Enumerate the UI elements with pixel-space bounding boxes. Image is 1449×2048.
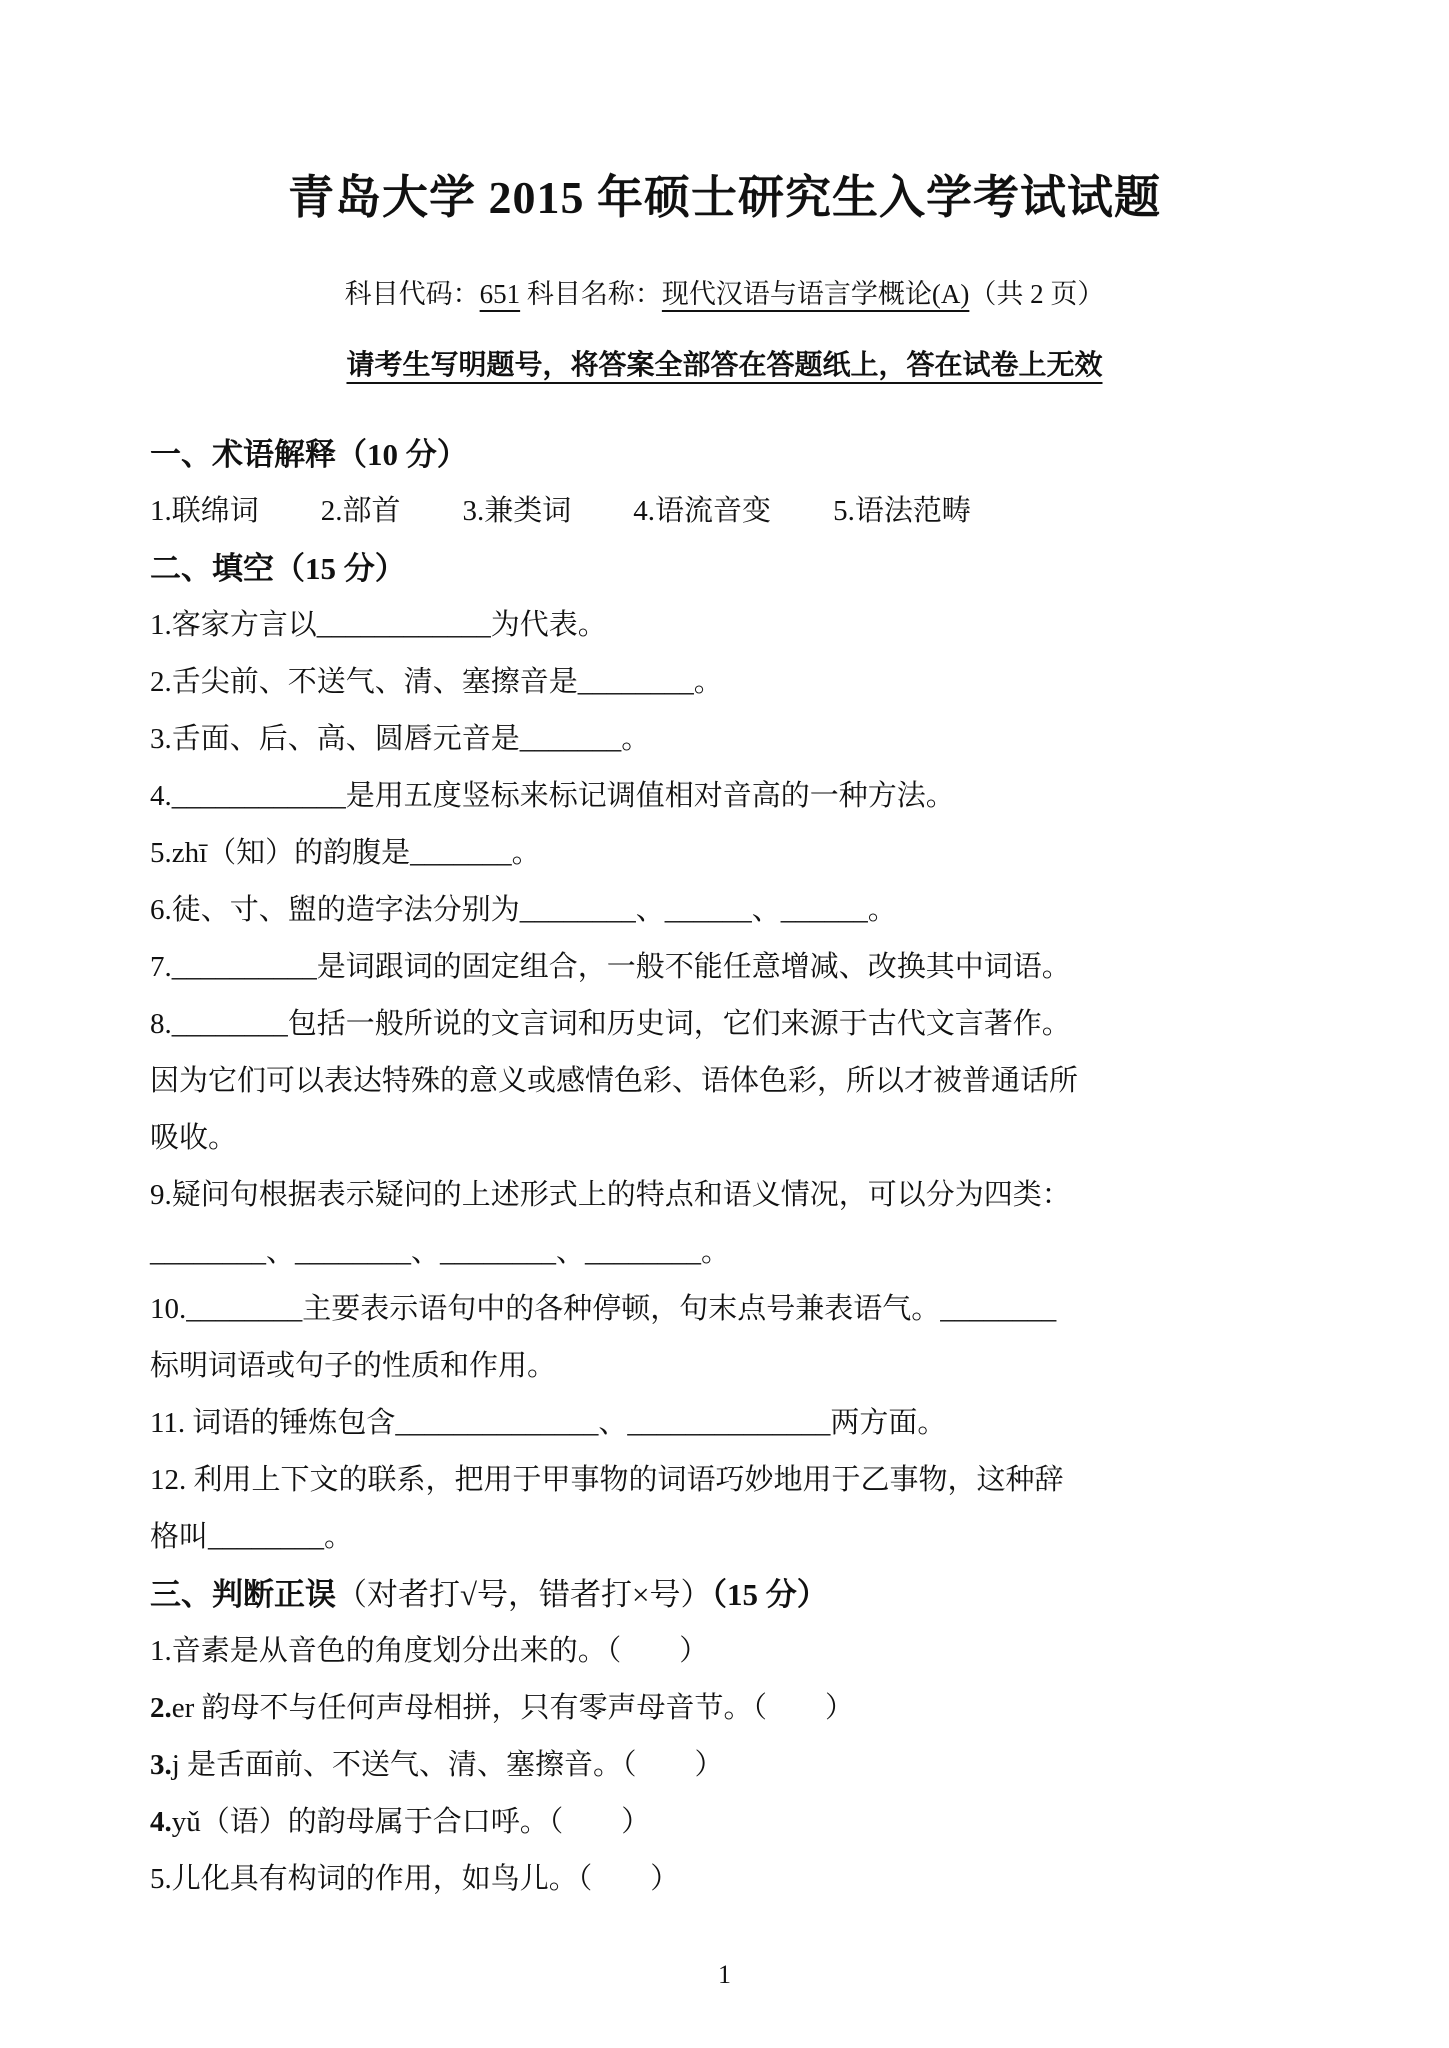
judge-item-number: 4. [150,1806,172,1838]
page-number: 1 [0,1960,1449,1990]
section-1-heading-main: 一、术语解释（10 分） [150,437,468,472]
term-item: 2.部首 [321,483,401,540]
fill-item: 5.zhī（知）的韵腹是_______。 [150,825,1311,882]
section-3-heading: 三、判断正误（对者打√号，错者打×号）（15 分） [150,1566,1311,1623]
judge-item: 3.j 是舌面前、不送气、清、塞擦音。（ ） [150,1737,1311,1794]
subject-code-label: 科目代码： [345,279,480,309]
fill-item: 11. 词语的锤炼包含______________、______________… [150,1395,1311,1452]
fill-item: 2.舌尖前、不送气、清、塞擦音是________。 [150,654,1311,711]
judge-item: 4.yǔ（语）的韵母属于合口呼。（ ） [150,1794,1311,1851]
term-item: 1.联绵词 [150,483,259,540]
fill-item: 9.疑问句根据表示疑问的上述形式上的特点和语义情况，可以分为四类： ______… [150,1167,1311,1281]
judge-item-number: 1. [150,1635,172,1667]
section-3-heading-score: （15 分） [712,1577,828,1612]
section-3-heading-sub: （对者打√号，错者打×号） [336,1577,712,1612]
subject-code: 651 [480,279,521,309]
exam-title: 青岛大学 2015 年硕士研究生入学考试试题 [0,0,1449,226]
fill-item: 1.客家方言以____________为代表。 [150,597,1311,654]
exam-body: 一、术语解释（10 分） 1.联绵词 2.部首 3.兼类词 4.语流音变 5.语… [150,426,1311,1908]
judge-item-number: 3. [150,1749,172,1781]
fill-item: 7.__________是词跟词的固定组合，一般不能任意增减、改换其中词语。 [150,939,1311,996]
fill-item: 6.徒、寸、盥的造字法分别为________、______、______。 [150,882,1311,939]
judge-item: 5.儿化具有构词的作用，如鸟儿。（ ） [150,1851,1311,1908]
fill-item: 12. 利用上下文的联系，把用于甲事物的词语巧妙地用于乙事物，这种辞 格叫___… [150,1452,1311,1566]
section-3-heading-main: 三、判断正误 [150,1577,336,1612]
section-1-heading: 一、术语解释（10 分） [150,426,1311,483]
section-1-terms: 1.联绵词 2.部首 3.兼类词 4.语流音变 5.语法范畴 [150,483,1311,540]
subject-line: 科目代码：651 科目名称：现代汉语与语言学概论(A)（共 2 页） [0,276,1449,312]
fill-item: 3.舌面、后、高、圆唇元音是_______。 [150,711,1311,768]
subject-name-label: 科目名称： [520,279,662,309]
term-item: 5.语法范畴 [833,483,971,540]
fill-item: 10.________主要表示语句中的各种停顿，句末点号兼表语气。_______… [150,1281,1311,1395]
judge-item-text: yǔ（语）的韵母属于合口呼。（ ） [172,1806,651,1838]
section-2-heading: 二、填空（15 分） [150,540,1311,597]
judge-item-text: j 是舌面前、不送气、清、塞擦音。（ ） [172,1749,724,1781]
section-2-heading-main: 二、填空（15 分） [150,551,406,586]
exam-notice: 请考生写明题号，将答案全部答在答题纸上，答在试卷上无效 [0,346,1449,386]
judge-item: 2.er 韵母不与任何声母相拼，只有零声母音节。（ ） [150,1680,1311,1737]
term-item: 4.语流音变 [633,483,771,540]
fill-item: 8.________包括一般所说的文言词和历史词，它们来源于古代文言著作。 因为… [150,996,1311,1167]
exam-notice-text: 请考生写明题号，将答案全部答在答题纸上，答在试卷上无效 [346,350,1102,381]
judge-item: 1.音素是从音色的角度划分出来的。（ ） [150,1623,1311,1680]
term-item: 3.兼类词 [463,483,572,540]
judge-item-number: 5. [150,1863,172,1895]
judge-item-text: 音素是从音色的角度划分出来的。（ ） [172,1635,709,1667]
fill-item: 4.____________是用五度竖标来标记调值相对音高的一种方法。 [150,768,1311,825]
exam-paper-page: 青岛大学 2015 年硕士研究生入学考试试题 科目代码：651 科目名称：现代汉… [0,0,1449,2048]
subject-name: 现代汉语与语言学概论(A) [662,279,969,309]
judge-item-number: 2. [150,1692,172,1724]
judge-item-text: 儿化具有构词的作用，如鸟儿。（ ） [172,1863,680,1895]
judge-item-text: er 韵母不与任何声母相拼，只有零声母音节。（ ） [172,1692,854,1724]
page-count-note: （共 2 页） [969,279,1104,309]
